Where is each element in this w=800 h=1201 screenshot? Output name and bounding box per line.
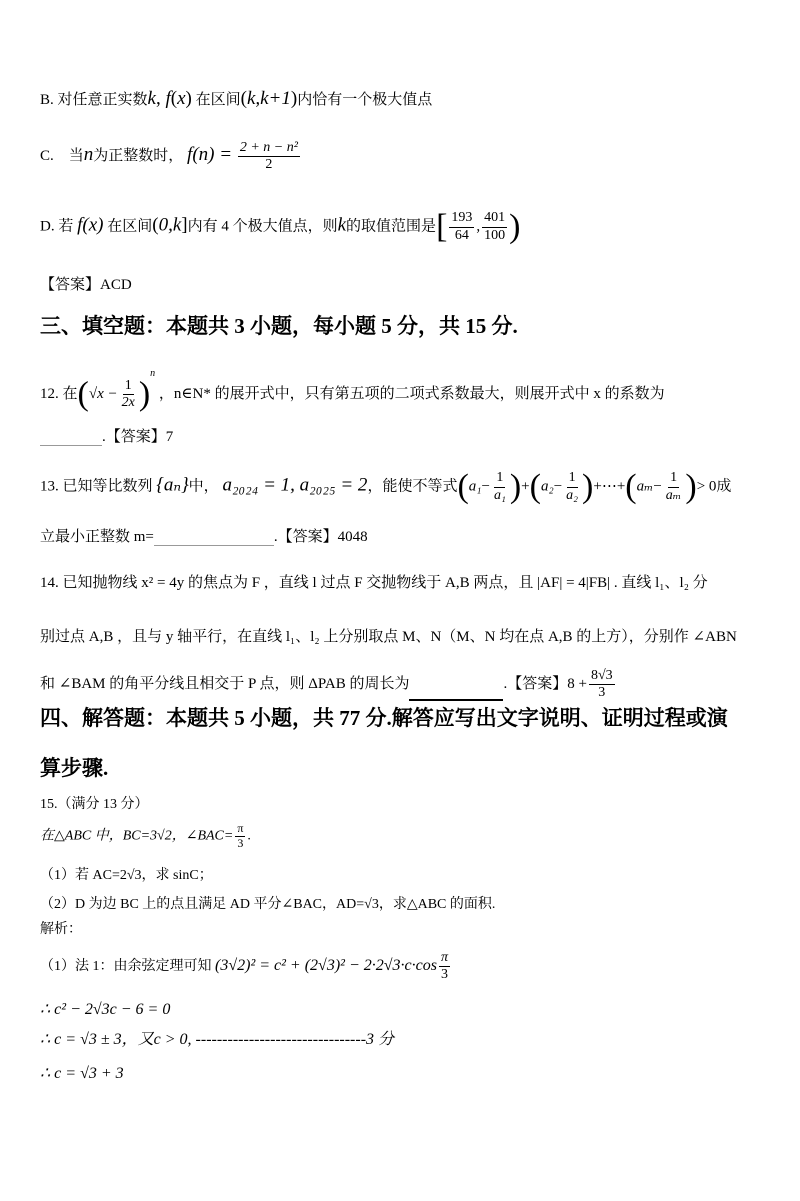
option-b: B. 对任意正实数k, f(x) 在区间(k,k+1)内恰有一个极大值点 bbox=[40, 88, 432, 111]
fraction: 401100 bbox=[482, 210, 507, 243]
denominator: 64 bbox=[453, 228, 471, 244]
fraction: 19364 bbox=[449, 210, 474, 243]
math-var: n bbox=[84, 144, 94, 165]
denominator: a₁ bbox=[492, 488, 508, 504]
math-expr: f(x) bbox=[77, 214, 103, 235]
question-text: ，能使不等式 bbox=[367, 478, 457, 494]
section-3-heading: 三、填空题：本题共 3 小题，每小题 5 分，共 15 分. bbox=[40, 314, 518, 339]
fraction: 12x bbox=[120, 378, 137, 411]
question-14-line-2: 别过点 A,B ，且与 y 轴平行，在直线 l₁、l₂ 上分别取点 M、N（M、… bbox=[40, 628, 737, 646]
option-text: 为正整数时， bbox=[93, 148, 183, 164]
numerator: 193 bbox=[449, 210, 474, 227]
denominator: 2 bbox=[263, 157, 274, 173]
answer-blank[interactable] bbox=[409, 699, 503, 701]
option-label: D. bbox=[40, 218, 55, 234]
denominator: 3 bbox=[235, 837, 245, 851]
question-text: 立最小正整数 m= bbox=[40, 529, 154, 545]
option-text: 内有 4 个极大值点，则 bbox=[188, 218, 338, 234]
option-text: 的取值范围是 bbox=[346, 218, 436, 234]
denominator: aₘ bbox=[664, 488, 684, 504]
math-term: a₂ bbox=[541, 478, 554, 494]
answer-text: .【答案】4048 bbox=[274, 529, 368, 545]
question-15-given: 在△ABC 中，BC=3√2，∠BAC=π3. bbox=[40, 822, 251, 851]
answer-text: .【答案】7 bbox=[102, 429, 173, 445]
math-expr: f(n) = bbox=[187, 144, 232, 165]
answer-11: 【答案】ACD bbox=[40, 276, 132, 294]
math-interval: k,k+1 bbox=[247, 88, 291, 109]
math-term: a₁ bbox=[469, 478, 482, 494]
math-expr: {aₙ} bbox=[156, 474, 188, 495]
solution-line-3: ∴ c = √3 ± 3，又c > 0, -------------------… bbox=[40, 1030, 394, 1049]
option-c: C. 当n为正整数时， f(n) = 2 + n − n²2 bbox=[40, 140, 302, 173]
fraction: 1aₘ bbox=[664, 470, 684, 503]
answer-text: .【答案】8 + bbox=[503, 676, 586, 692]
option-label: B. bbox=[40, 92, 54, 108]
question-12: 12. 在(√x −12x)n ，n∈N* 的展开式中，只有第五项的二项式系数最… bbox=[40, 368, 665, 412]
numerator: 401 bbox=[482, 210, 507, 227]
option-text: 当 bbox=[69, 148, 84, 164]
question-text: 和 ∠BAM 的角平分线且相交于 P 点，则 ΔPAB 的周长为 bbox=[40, 676, 409, 692]
option-text: 在区间 bbox=[107, 218, 152, 234]
solution-text: （1）法 1：由余弦定理可知 bbox=[40, 959, 212, 974]
question-text: . bbox=[247, 829, 251, 844]
math-var: k bbox=[338, 214, 346, 235]
option-label: C. bbox=[40, 148, 54, 164]
denominator: a₂ bbox=[564, 488, 580, 504]
math-var: x bbox=[177, 88, 185, 109]
option-text: 在区间 bbox=[196, 92, 241, 108]
option-text: 若 bbox=[58, 218, 73, 234]
question-text: > 0成 bbox=[697, 478, 732, 494]
analysis-label: 解析： bbox=[40, 922, 82, 939]
fraction: 2 + n − n²2 bbox=[238, 140, 300, 173]
denominator: 100 bbox=[482, 228, 507, 244]
fraction: π3 bbox=[235, 822, 245, 851]
question-15-header: 15.（满分 13 分） bbox=[40, 797, 149, 814]
math-expr: (3√2)² = c² + (2√3)² − 2·2√3·c·cos bbox=[215, 957, 437, 974]
numerator: 8√3 bbox=[589, 668, 615, 685]
fraction: 1a₁ bbox=[492, 470, 508, 503]
question-14-line-3: 和 ∠BAM 的角平分线且相交于 P 点，则 ΔPAB 的周长为.【答案】8 +… bbox=[40, 668, 617, 701]
denominator: 3 bbox=[596, 685, 607, 701]
math-var: k bbox=[148, 88, 156, 109]
answer-blank[interactable] bbox=[40, 445, 102, 446]
solution-line-1: （1）法 1：由余弦定理可知 (3√2)² = c² + (2√3)² − 2·… bbox=[40, 950, 452, 983]
math-term: aₘ bbox=[637, 478, 654, 494]
math-expr: a₂₀₂₄ = 1, a₂₀₂₅ = 2 bbox=[222, 474, 367, 495]
math-expr: √x − bbox=[89, 386, 118, 402]
math-interval: 0,k bbox=[159, 214, 182, 235]
question-15-part-1: （1）若 AC=2√3，求 sinC； bbox=[40, 868, 213, 885]
question-text: ，n∈N* 的展开式中，只有第五项的二项式系数最大，则展开式中 x 的系数为 bbox=[159, 386, 665, 402]
question-12-answer-line: .【答案】7 bbox=[40, 428, 173, 446]
solution-line-4: ∴ c = √3 + 3 bbox=[40, 1064, 124, 1083]
numerator: π bbox=[439, 950, 450, 967]
solution-line-2: ∴ c² − 2√3c − 6 = 0 bbox=[40, 1000, 170, 1019]
fraction: π3 bbox=[439, 950, 450, 983]
denominator: 2x bbox=[120, 395, 137, 411]
option-d: D. 若 f(x) 在区间(0,k]内有 4 个极大值点，则k的取值范围是[19… bbox=[40, 210, 520, 244]
question-15-part-2: （2）D 为边 BC 上的点且满足 AD 平分∠BAC，AD=√3，求△ABC … bbox=[40, 897, 495, 914]
question-text: 中， bbox=[189, 478, 219, 494]
exponent: n bbox=[150, 368, 155, 379]
section-4-heading-line-1: 四、解答题：本题共 5 小题，共 77 分.解答应写出文字说明、证明过程或演 bbox=[40, 706, 728, 731]
question-text: 在△ABC 中，BC=3√2，∠BAC= bbox=[40, 829, 233, 844]
question-13-answer-line: 立最小正整数 m=.【答案】4048 bbox=[40, 528, 368, 546]
numerator: 1 bbox=[123, 378, 134, 395]
section-4-heading-line-2: 算步骤. bbox=[40, 756, 108, 781]
fraction: 1a₂ bbox=[564, 470, 580, 503]
option-text: 内恰有一个极大值点 bbox=[297, 92, 432, 108]
answer-blank[interactable] bbox=[154, 545, 274, 546]
fraction: 8√33 bbox=[589, 668, 615, 701]
numerator: 2 + n − n² bbox=[238, 140, 300, 157]
question-13: 13. 已知等比数列 {aₙ}中， a₂₀₂₄ = 1, a₂₀₂₅ = 2，能… bbox=[40, 470, 731, 504]
question-number: 12. 在 bbox=[40, 386, 78, 402]
numerator: π bbox=[235, 822, 245, 837]
denominator: 3 bbox=[439, 967, 450, 983]
question-number: 13. 已知等比数列 bbox=[40, 478, 153, 494]
question-14-line-1: 14. 已知抛物线 x² = 4y 的焦点为 F ，直线 l 过点 F 交抛物线… bbox=[40, 574, 708, 592]
option-text: 对任意正实数 bbox=[58, 92, 148, 108]
